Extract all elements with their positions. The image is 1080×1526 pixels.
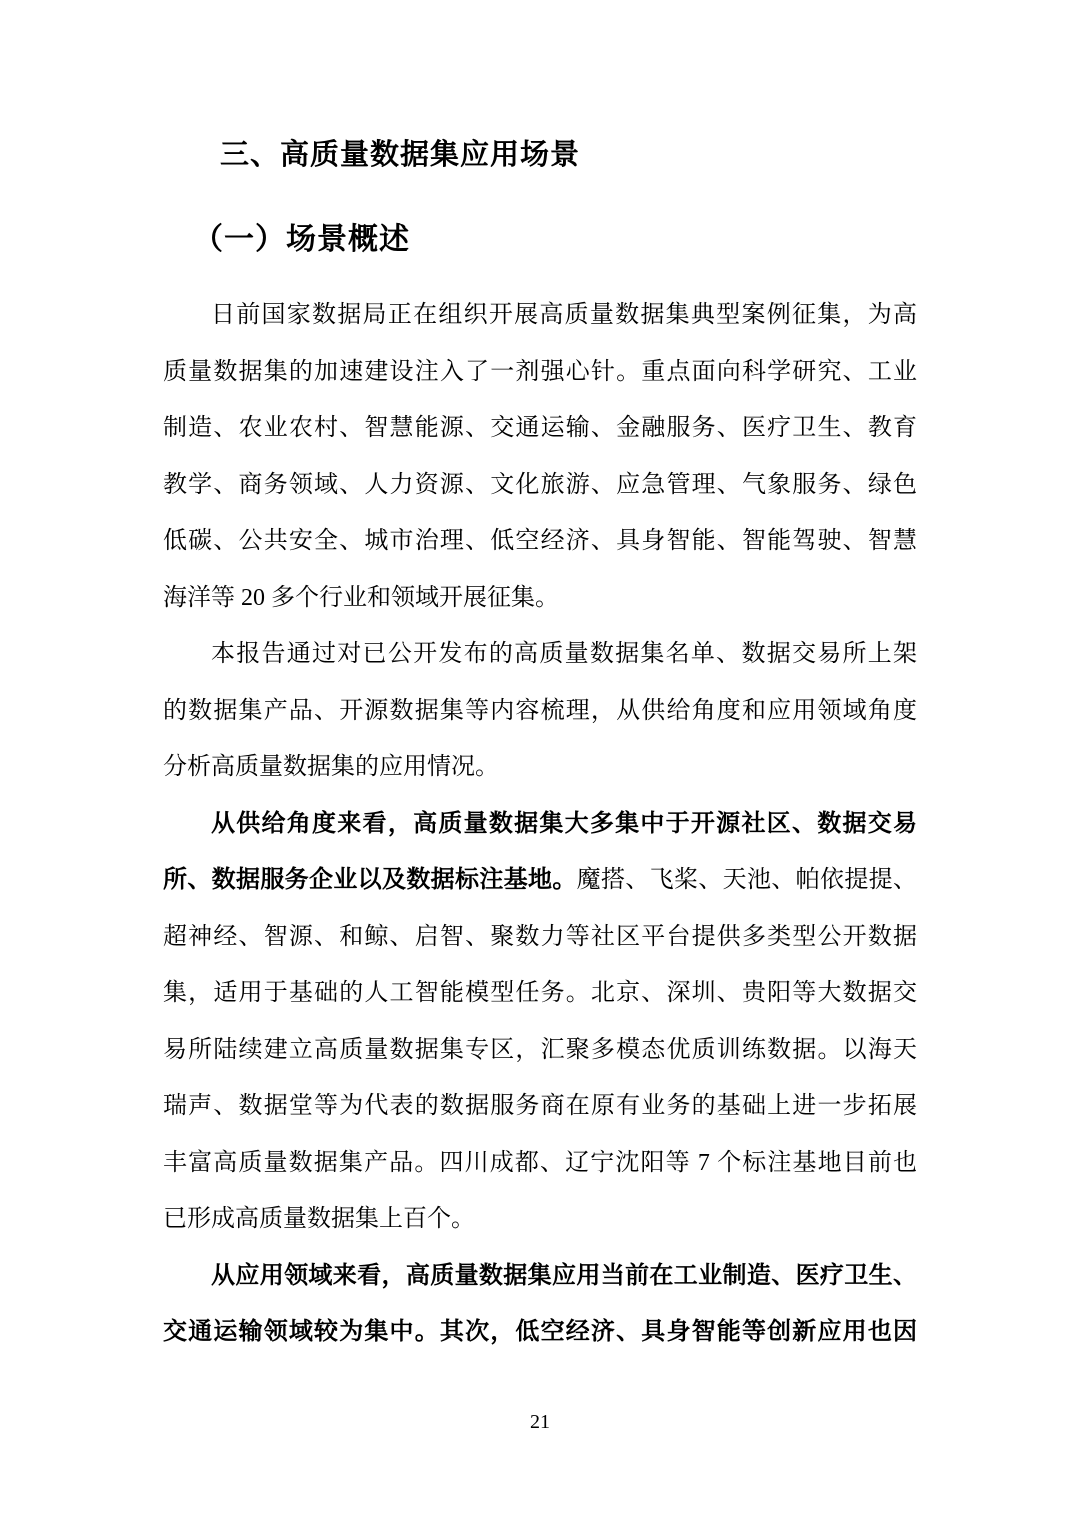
paragraph-line: 质量数据集的加速建设注入了一剂强心针。重点面向科学研究、工业 — [163, 344, 917, 401]
paragraph: 从应用领域来看，高质量数据集应用当前在工业制造、医疗卫生、交通运输领域较为集中。… — [163, 1248, 917, 1361]
text-run: 本报告通过对已公开发布的高质量数据集名单、数据交易所上架 — [211, 641, 917, 667]
paragraph-line: 交通运输领域较为集中。其次，低空经济、具身智能等创新应用也因 — [163, 1304, 917, 1361]
text-run: 日前国家数据局正在组织开展高质量数据集典型案例征集，为高 — [211, 302, 917, 328]
text-run: 制造、农业农村、智慧能源、交通运输、金融服务、医疗卫生、教育 — [163, 415, 917, 441]
paragraph-line: 日前国家数据局正在组织开展高质量数据集典型案例征集，为高 — [163, 287, 917, 344]
bold-text-run: 从应用领域来看，高质量数据集应用当前在工业制造、医疗卫生、 — [211, 1262, 917, 1289]
paragraph: 本报告通过对已公开发布的高质量数据集名单、数据交易所上架的数据集产品、开源数据集… — [163, 626, 917, 796]
text-run: 丰富高质量数据集产品。四川成都、辽宁沈阳等 7 个标注基地目前也 — [163, 1150, 917, 1176]
subsection-heading: （一）场景概述 — [193, 222, 410, 258]
page-number: 21 — [0, 1410, 1080, 1434]
paragraph-line: 集，适用于基础的人工智能模型任务。北京、深圳、贵阳等大数据交 — [163, 965, 917, 1022]
paragraph-line: 低碳、公共安全、城市治理、低空经济、具身智能、智能驾驶、智慧 — [163, 513, 917, 570]
bold-text-run: 所、数据服务企业以及数据标注基地。 — [163, 866, 577, 893]
paragraph-line: 瑞声、数据堂等为代表的数据服务商在原有业务的基础上进一步拓展 — [163, 1078, 917, 1135]
paragraph: 日前国家数据局正在组织开展高质量数据集典型案例征集，为高质量数据集的加速建设注入… — [163, 287, 917, 626]
paragraph: 从供给角度来看，高质量数据集大多集中于开源社区、数据交易所、数据服务企业以及数据… — [163, 796, 917, 1248]
bold-text-run: 从供给角度来看，高质量数据集大多集中于开源社区、数据交易 — [211, 810, 917, 837]
text-run: 质量数据集的加速建设注入了一剂强心针。重点面向科学研究、工业 — [163, 359, 917, 385]
paragraph-line: 海洋等 20 多个行业和领域开展征集。 — [163, 570, 917, 627]
bold-text-run: 交通运输领域较为集中。其次，低空经济、具身智能等创新应用也因 — [163, 1318, 917, 1345]
document-body: 日前国家数据局正在组织开展高质量数据集典型案例征集，为高质量数据集的加速建设注入… — [163, 287, 917, 1361]
text-run: 分析高质量数据集的应用情况。 — [163, 754, 499, 780]
text-run: 教学、商务领域、人力资源、文化旅游、应急管理、气象服务、绿色 — [163, 472, 917, 498]
paragraph-line: 所、数据服务企业以及数据标注基地。魔搭、飞桨、天池、帕依提提、 — [163, 852, 917, 909]
paragraph-line: 丰富高质量数据集产品。四川成都、辽宁沈阳等 7 个标注基地目前也 — [163, 1135, 917, 1192]
paragraph-line: 从供给角度来看，高质量数据集大多集中于开源社区、数据交易 — [163, 796, 917, 853]
text-run: 超神经、智源、和鲸、启智、聚数力等社区平台提供多类型公开数据 — [163, 924, 917, 950]
paragraph-line: 制造、农业农村、智慧能源、交通运输、金融服务、医疗卫生、教育 — [163, 400, 917, 457]
section-heading: 三、高质量数据集应用场景 — [220, 138, 580, 172]
paragraph-line: 易所陆续建立高质量数据集专区，汇聚多模态优质训练数据。以海天 — [163, 1022, 917, 1079]
document-page: 三、高质量数据集应用场景 （一）场景概述 日前国家数据局正在组织开展高质量数据集… — [0, 0, 1080, 1526]
text-run: 集，适用于基础的人工智能模型任务。北京、深圳、贵阳等大数据交 — [163, 980, 917, 1006]
paragraph-line: 超神经、智源、和鲸、启智、聚数力等社区平台提供多类型公开数据 — [163, 909, 917, 966]
paragraph-line: 分析高质量数据集的应用情况。 — [163, 739, 917, 796]
text-run: 海洋等 20 多个行业和领域开展征集。 — [163, 585, 559, 611]
paragraph-line: 从应用领域来看，高质量数据集应用当前在工业制造、医疗卫生、 — [163, 1248, 917, 1305]
text-run: 低碳、公共安全、城市治理、低空经济、具身智能、智能驾驶、智慧 — [163, 528, 917, 554]
paragraph-line: 已形成高质量数据集上百个。 — [163, 1191, 917, 1248]
text-run: 已形成高质量数据集上百个。 — [163, 1206, 475, 1232]
text-run: 瑞声、数据堂等为代表的数据服务商在原有业务的基础上进一步拓展 — [163, 1093, 917, 1119]
paragraph-line: 本报告通过对已公开发布的高质量数据集名单、数据交易所上架 — [163, 626, 917, 683]
text-run: 魔搭、飞桨、天池、帕依提提、 — [577, 867, 917, 893]
text-run: 易所陆续建立高质量数据集专区，汇聚多模态优质训练数据。以海天 — [163, 1037, 917, 1063]
text-run: 的数据集产品、开源数据集等内容梳理，从供给角度和应用领域角度 — [163, 698, 917, 724]
paragraph-line: 教学、商务领域、人力资源、文化旅游、应急管理、气象服务、绿色 — [163, 457, 917, 514]
paragraph-line: 的数据集产品、开源数据集等内容梳理，从供给角度和应用领域角度 — [163, 683, 917, 740]
